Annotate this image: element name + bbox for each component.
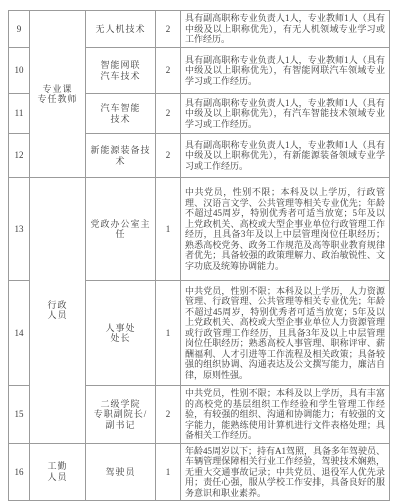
headcount: 2 bbox=[156, 94, 181, 134]
row-number: 9 bbox=[9, 11, 30, 48]
row-number: 14 bbox=[9, 281, 30, 386]
headcount: 2 bbox=[156, 48, 181, 94]
table-row: 16 工勤 人员 驾驶员 1 年龄45周岁以下；持有A1驾照，具备多年驾驶员、车… bbox=[9, 443, 390, 501]
headcount: 2 bbox=[156, 134, 181, 178]
category-professional-teachers: 专业课 专任教师 bbox=[30, 11, 86, 178]
position-name: 驾驶员 bbox=[86, 443, 156, 501]
requirements-text: 中共党员，性别不限；本科及以上学历，人力资源管理、行政管理、公共管理等相关专业优… bbox=[181, 281, 390, 386]
position-name: 无人机技术 bbox=[86, 11, 156, 48]
row-number: 11 bbox=[9, 94, 30, 134]
row-number: 13 bbox=[9, 178, 30, 281]
requirements-text: 具有副高职称专业负责人1人，专业教师1人（具有中级及以上职称优先），有智能网联汽… bbox=[181, 48, 390, 94]
requirements-text: 年龄45周岁以下；持有A1驾照，具备多年驾驶员、车辆管理保障相关行业工作经验，驾… bbox=[181, 443, 390, 501]
recruitment-table: 9 专业课 专任教师 无人机技术 2 具有副高职称专业负责人1人，专业教师1人（… bbox=[8, 10, 390, 501]
category-service-staff: 工勤 人员 bbox=[30, 443, 86, 501]
position-name: 人事处 处长 bbox=[86, 281, 156, 386]
headcount: 2 bbox=[156, 11, 181, 48]
requirements-text: 具有副高职称专业负责人1人，专业教师1人（具有中级及以上职称优先），有汽车智能技… bbox=[181, 94, 390, 134]
headcount: 1 bbox=[156, 281, 181, 386]
row-number: 16 bbox=[9, 443, 30, 501]
row-number: 15 bbox=[9, 386, 30, 444]
position-name: 汽车智能 技术 bbox=[86, 94, 156, 134]
headcount: 1 bbox=[156, 178, 181, 281]
requirements-text: 具有副高职称专业负责人1人，专业教师1人（具有中级及以上职称优先），有无人机领域… bbox=[181, 11, 390, 48]
position-name: 新能源装备技术 bbox=[86, 134, 156, 178]
position-name: 二级学院 专职副院长/副书记 bbox=[86, 386, 156, 444]
position-name: 智能网联 汽车技术 bbox=[86, 48, 156, 94]
table-row: 9 专业课 专任教师 无人机技术 2 具有副高职称专业负责人1人，专业教师1人（… bbox=[9, 11, 390, 48]
requirements-text: 中共党员，性别不限；本科及以上学历，具有丰富的高校党的基层组织工作经验和学生管理… bbox=[181, 386, 390, 444]
row-number: 12 bbox=[9, 134, 30, 178]
headcount: 2 bbox=[156, 386, 181, 444]
position-name: 党政办公室主任 bbox=[86, 178, 156, 281]
requirements-text: 具有副高职称专业负责人1人，专业教师1人（具有中级及以上职称优先），有新能源装备… bbox=[181, 134, 390, 178]
category-administrative-staff: 行政 人员 bbox=[30, 178, 86, 444]
row-number: 10 bbox=[9, 48, 30, 94]
headcount: 1 bbox=[156, 443, 181, 501]
requirements-text: 中共党员，性别不限；本科及以上学历，行政管理、汉语言文学、公共管理等相关专业优先… bbox=[181, 178, 390, 281]
table-row: 13 行政 人员 党政办公室主任 1 中共党员，性别不限；本科及以上学历，行政管… bbox=[9, 178, 390, 281]
document-page: 9 专业课 专任教师 无人机技术 2 具有副高职称专业负责人1人，专业教师1人（… bbox=[0, 0, 396, 502]
